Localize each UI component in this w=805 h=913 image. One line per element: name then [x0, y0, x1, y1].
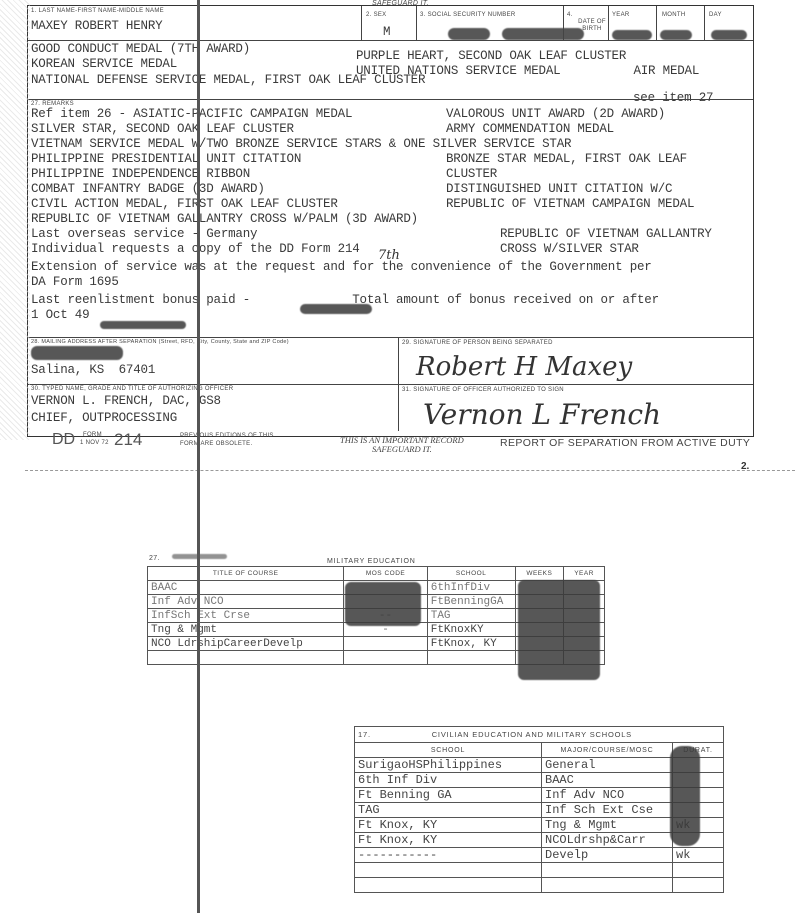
name-label: 1. LAST NAME-FIRST NAME-MIDDLE NAME [31, 8, 164, 14]
signature-person-label: 29. SIGNATURE OF PERSON BEING SEPARATED [402, 340, 553, 346]
mil-item-no: 27. [149, 555, 160, 562]
ssn-label: 3. SOCIAL SECURITY NUMBER [420, 12, 516, 18]
cell: NCO LdrshipCareerDevelp [148, 637, 344, 651]
remark-line: DA Form 1695 [31, 275, 659, 290]
cell: InfSch Ext Crse [148, 609, 344, 623]
cell [673, 878, 724, 893]
remarks-right-b: REPUBLIC OF VIETNAM GALLANTRY CROSS W/SI… [500, 227, 712, 257]
cell: Tng & Mgmt [542, 818, 673, 833]
col-major: MAJOR/COURSE/MOSC [542, 743, 673, 758]
dob-label-num: 4. [567, 12, 573, 18]
col-school: SCHOOL [427, 567, 515, 581]
ssn-redaction [448, 28, 490, 40]
cell: SurigaoHSPhilippines [355, 758, 542, 773]
sex-label: 2. SEX [366, 12, 386, 18]
remark-line: REPUBLIC OF VIETNAM CAMPAIGN MEDAL [446, 197, 694, 212]
report-title: REPORT OF SEPARATION FROM ACTIVE DUTY [500, 437, 750, 449]
remark-line: DISTINGUISHED UNIT CITATION W/C [446, 182, 694, 197]
name-value: MAXEY ROBERT HENRY [31, 19, 162, 34]
cell: General [542, 758, 673, 773]
date-redaction [100, 321, 186, 329]
officer-name: VERNON L. FRENCH, DAC, GS8 [31, 394, 221, 409]
civ-item-no: 17. [358, 730, 371, 739]
cell [673, 863, 724, 878]
day-label: DAY [709, 12, 722, 18]
cell: Develp [542, 848, 673, 863]
table-header-row: SCHOOL MAJOR/COURSE/MOSC DURAT. [355, 743, 724, 758]
civilian-education-table: 17. CIVILIAN EDUCATION AND MILITARY SCHO… [354, 726, 724, 893]
remark-line: CLUSTER [446, 167, 694, 182]
table-row: SurigaoHSPhilippinesGeneral [355, 758, 724, 773]
cell: Inf Adv NCO [542, 788, 673, 803]
bonus-redaction [300, 304, 372, 314]
form-number: 214 [114, 430, 142, 450]
cell: Inf Sch Ext Cse [542, 803, 673, 818]
officer-signature: Vernon L French [423, 398, 661, 431]
month-label: MONTH [662, 12, 686, 18]
cell [148, 651, 344, 665]
month-redaction [660, 30, 692, 40]
table-row [355, 878, 724, 893]
mos-redaction [345, 582, 421, 626]
cell: TAG [355, 803, 542, 818]
col-mos: MOS CODE [344, 567, 427, 581]
scan-noise [0, 0, 30, 440]
col-year: YEAR [564, 567, 605, 581]
cell [355, 863, 542, 878]
cell: Inf Adv NCO [148, 595, 344, 609]
signature-person: Robert H Maxey [416, 352, 632, 382]
col-school: SCHOOL [355, 743, 542, 758]
col-weeks: WEEKS [515, 567, 564, 581]
col-title: TITLE OF COURSE [148, 567, 344, 581]
cell [542, 878, 673, 893]
remark-line: CROSS W/SILVER STAR [500, 242, 712, 257]
safeguard-footer: SAFEGUARD IT. [372, 444, 432, 454]
remark-line: Extension of service was at the request … [31, 260, 659, 275]
decoration-left-3: NATIONAL DEFENSE SERVICE MEDAL, FIRST OA… [31, 73, 425, 88]
table-row: Ft Knox, KYNCOLdrshp&Carr [355, 833, 724, 848]
cell: FtKnoxKY [427, 623, 515, 637]
dd-mark: DD [52, 431, 75, 449]
cell: FtBenningGA [427, 595, 515, 609]
table-row: 6th Inf DivBAAC [355, 773, 724, 788]
cell [355, 878, 542, 893]
cell: FtKnox, KY [427, 637, 515, 651]
decoration-right-1: PURPLE HEART, SECOND OAK LEAF CLUSTER [356, 49, 626, 64]
remark-line: ARMY COMMENDATION MEDAL [446, 122, 694, 137]
cell: wk [673, 848, 724, 863]
officer-title: CHIEF, OUTPROCESSING [31, 411, 177, 426]
cell: TAG [427, 609, 515, 623]
page-marker: 2. [741, 461, 749, 472]
mailing-label: 28. MAILING ADDRESS AFTER SEPARATION (St… [31, 339, 289, 345]
dd214-form: 1. LAST NAME-FIRST NAME-MIDDLE NAME MAXE… [27, 5, 754, 437]
decoration-left-2: KOREAN SERVICE MEDAL [31, 57, 177, 72]
table-row [355, 863, 724, 878]
table-row: Ft Benning GAInf Adv NCO [355, 788, 724, 803]
cell [542, 863, 673, 878]
scan-artifact-line [197, 0, 200, 913]
cell [427, 651, 515, 665]
duration-redaction [670, 746, 700, 846]
cell: Ft Benning GA [355, 788, 542, 803]
cell [344, 651, 427, 665]
remark-line [446, 137, 694, 152]
street-redaction [31, 346, 123, 360]
form-date: 1 NOV 72 [80, 440, 109, 446]
cell: 6thInfDiv [427, 581, 515, 595]
table-row: TAGInf Sch Ext Cse [355, 803, 724, 818]
year-label: YEAR [612, 12, 630, 18]
handwritten-note: 7th [378, 248, 400, 263]
form-word: FORM [83, 432, 102, 438]
cell: Ft Knox, KY [355, 818, 542, 833]
sex-value: M [383, 25, 390, 40]
weeks-year-redaction [518, 580, 600, 680]
remark-line: REPUBLIC OF VIETNAM GALLANTRY CROSS W/PA… [31, 212, 659, 227]
decoration-left-1: GOOD CONDUCT MEDAL (7TH AWARD) [31, 42, 250, 57]
officer-label: 30. TYPED NAME, GRADE AND TITLE OF AUTHO… [31, 386, 233, 392]
cell: NCOLdrshp&Carr [542, 833, 673, 848]
mailing-value: Salina, KS 67401 [31, 363, 155, 378]
civilian-education-section: 17. CIVILIAN EDUCATION AND MILITARY SCHO… [354, 726, 724, 893]
cell: ----------- [355, 848, 542, 863]
remark-line: VALOROUS UNIT AWARD (2D AWARD) [446, 107, 694, 122]
year-redaction [612, 30, 652, 40]
cell: Ft Knox, KY [355, 833, 542, 848]
table-row: Ft Knox, KYTng & Mgmtwk [355, 818, 724, 833]
cell: Tng & Mgmt [148, 623, 344, 637]
cell [344, 637, 427, 651]
day-redaction [711, 30, 747, 40]
cell: 6th Inf Div [355, 773, 542, 788]
remark-line: BRONZE STAR MEDAL, FIRST OAK LEAF [446, 152, 694, 167]
officer-sig-label: 31. SIGNATURE OF OFFICER AUTHORIZED TO S… [402, 387, 564, 393]
table-header-row: TITLE OF COURSE MOS CODE SCHOOL WEEKS YE… [148, 567, 605, 581]
cell: BAAC [148, 581, 344, 595]
remark-line: REPUBLIC OF VIETNAM GALLANTRY [500, 227, 712, 242]
remarks-right: VALOROUS UNIT AWARD (2D AWARD) ARMY COMM… [446, 107, 694, 212]
table-title-row: 17. CIVILIAN EDUCATION AND MILITARY SCHO… [355, 727, 724, 743]
mil-title: MILITARY EDUCATION [327, 558, 416, 565]
cell: BAAC [542, 773, 673, 788]
civ-title: CIVILIAN EDUCATION AND MILITARY SCHOOLS [432, 730, 632, 739]
table-row: -----------Develpwk [355, 848, 724, 863]
